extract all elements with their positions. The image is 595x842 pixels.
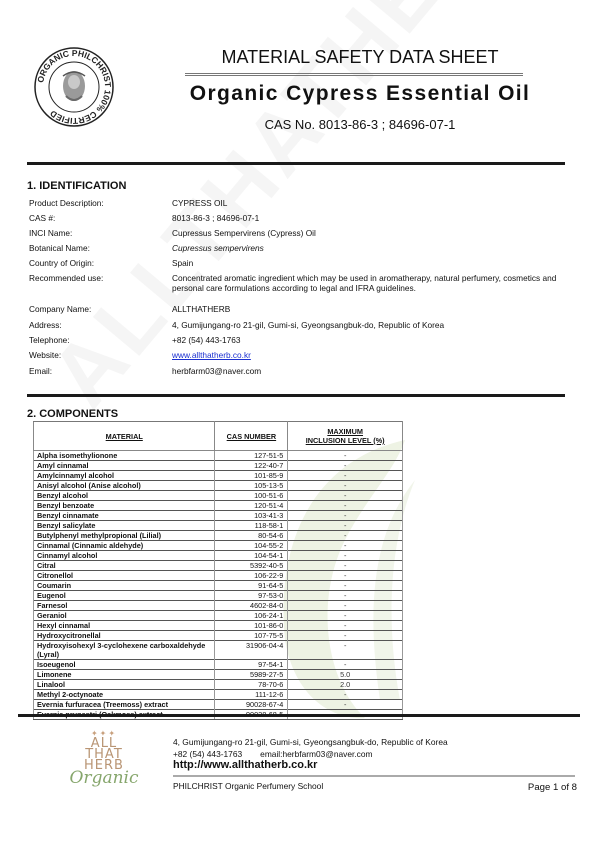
table-row: Amyl cinnamal122-40-7- <box>34 461 403 471</box>
table-row: Cinnamyl alcohol104-54-1- <box>34 551 403 561</box>
table-row: Hexyl cinnamal101-86-0- <box>34 621 403 631</box>
cell-material: Limonene <box>34 670 215 680</box>
cell-level: - <box>288 471 403 481</box>
cell-level: - <box>288 451 403 461</box>
components-table: MATERIAL CAS NUMBER MAXIMUM INCLUSION LE… <box>33 421 403 720</box>
cell-level: - <box>288 571 403 581</box>
cell-level: - <box>288 591 403 601</box>
section-divider <box>27 394 565 397</box>
cell-level: - <box>288 541 403 551</box>
field-value: 8013-86-3 ; 84696-07-1 <box>172 213 572 223</box>
footer-rule <box>173 775 575 777</box>
cell-material: Benzyl cinnamate <box>34 511 215 521</box>
certified-seal-icon: ORGANIC PHILCHRIST 100% CERTIFIED <box>33 46 115 128</box>
cell-level: - <box>288 690 403 700</box>
cell-level: - <box>288 631 403 641</box>
field-label: INCI Name: <box>29 228 169 238</box>
cell-cas: 100-51-6 <box>215 491 288 501</box>
table-row: Linalool78-70-62.0 <box>34 680 403 690</box>
cell-cas: 106-22-9 <box>215 571 288 581</box>
cell-level: - <box>288 461 403 471</box>
cell-cas: 4602-84-0 <box>215 601 288 611</box>
cell-cas: 107-75-5 <box>215 631 288 641</box>
cell-level: - <box>288 521 403 531</box>
field-label: CAS #: <box>29 213 169 223</box>
field-value: ALLTHATHERB <box>172 304 572 314</box>
header-max-inclusion: MAXIMUM INCLUSION LEVEL (%) <box>288 422 403 451</box>
cell-material: Alpha isomethylionone <box>34 451 215 461</box>
field-label: Address: <box>29 320 169 330</box>
table-row: Hydroxyisohexyl 3-cyclohexene carboxalde… <box>34 641 403 660</box>
cell-cas: 78-70-6 <box>215 680 288 690</box>
cell-cas: 120-51-4 <box>215 501 288 511</box>
field-value: CYPRESS OIL <box>172 198 572 208</box>
cell-level: - <box>288 561 403 571</box>
table-row: Evernia furfuracea (Treemoss) extract900… <box>34 700 403 710</box>
cell-material: Eugenol <box>34 591 215 601</box>
cell-cas: 106-24-1 <box>215 611 288 621</box>
cell-material: Amylcinnamyl alcohol <box>34 471 215 481</box>
header-divider <box>27 162 565 165</box>
cell-level: - <box>288 700 403 710</box>
cell-cas: 104-54-1 <box>215 551 288 561</box>
footer-address: 4, Gumijungang-ro 21-gil, Gumi-si, Gyeon… <box>173 737 448 747</box>
table-row: Isoeugenol97-54-1- <box>34 660 403 670</box>
table-row: Coumarin91-64-5- <box>34 581 403 591</box>
cell-level: - <box>288 531 403 541</box>
footer-phone: +82 (54) 443-1763 <box>173 749 242 759</box>
field-label: Website: <box>29 350 169 360</box>
cas-number-line: CAS No. 8013-86-3 ; 84696-07-1 <box>180 117 540 132</box>
table-row: Benzyl salicylate118-58-1- <box>34 521 403 531</box>
cell-cas: 80-54-6 <box>215 531 288 541</box>
cell-cas: 97-54-1 <box>215 660 288 670</box>
field-label: Product Description: <box>29 198 169 208</box>
table-row: Geraniol106-24-1- <box>34 611 403 621</box>
cell-material: Coumarin <box>34 581 215 591</box>
table-row: Benzyl benzoate120-51-4- <box>34 501 403 511</box>
table-row: Butylphenyl methylpropional (Lilial)80-5… <box>34 531 403 541</box>
cell-level: - <box>288 501 403 511</box>
cell-level: - <box>288 481 403 491</box>
cell-level: - <box>288 511 403 521</box>
cell-material: Cinnamyl alcohol <box>34 551 215 561</box>
cell-cas: 127-51-5 <box>215 451 288 461</box>
footer-email: email:herbfarm03@naver.com <box>260 749 372 759</box>
cell-material: Hydroxycitronellal <box>34 631 215 641</box>
table-row: Cinnamal (Cinnamic aldehyde)104-55-2- <box>34 541 403 551</box>
cell-level: - <box>288 660 403 670</box>
cell-material: Benzyl benzoate <box>34 501 215 511</box>
product-title: Organic Cypress Essential Oil <box>165 82 555 106</box>
field-value: herbfarm03@naver.com <box>172 366 572 376</box>
table-row: Methyl 2-octynoate111-12-6- <box>34 690 403 700</box>
field-value: Cupressus sempervirens <box>172 243 572 253</box>
cell-cas: 122-40-7 <box>215 461 288 471</box>
cell-cas: 104-55-2 <box>215 541 288 551</box>
cell-material: Butylphenyl methylpropional (Lilial) <box>34 531 215 541</box>
cell-material: Methyl 2-octynoate <box>34 690 215 700</box>
table-row: Benzyl cinnamate103-41-3- <box>34 511 403 521</box>
field-value: +82 (54) 443-1763 <box>172 335 572 345</box>
table-row: Benzyl alcohol100-51-6- <box>34 491 403 501</box>
cell-level: - <box>288 611 403 621</box>
footer-divider <box>18 714 580 717</box>
section-components-title: 2. COMPONENTS <box>27 408 118 420</box>
cell-cas: 91-64-5 <box>215 581 288 591</box>
table-row: Citral5392-40-5- <box>34 561 403 571</box>
footer-url[interactable]: http://www.allthatherb.co.kr <box>173 759 317 771</box>
cell-level: 2.0 <box>288 680 403 690</box>
cell-cas: 105-13-5 <box>215 481 288 491</box>
website-link[interactable]: www.allthatherb.co.kr <box>172 350 251 360</box>
cell-material: Farnesol <box>34 601 215 611</box>
table-row: Limonene5989-27-55.0 <box>34 670 403 680</box>
cell-cas: 118-58-1 <box>215 521 288 531</box>
table-row: Alpha isomethylionone127-51-5- <box>34 451 403 461</box>
cell-material: Citral <box>34 561 215 571</box>
table-row: Farnesol4602-84-0- <box>34 601 403 611</box>
cell-cas: 5392-40-5 <box>215 561 288 571</box>
footer-school-name: PHILCHRIST Organic Perfumery School <box>173 781 323 791</box>
field-value: Concentrated aromatic ingredient which m… <box>172 273 587 293</box>
cell-material: Cinnamal (Cinnamic aldehyde) <box>34 541 215 551</box>
field-value: Cupressus Sempervirens (Cypress) Oil <box>172 228 572 238</box>
cell-level: - <box>288 641 403 660</box>
cell-cas: 103-41-3 <box>215 511 288 521</box>
field-label: Botanical Name: <box>29 243 169 253</box>
table-row: Citronellol106-22-9- <box>34 571 403 581</box>
cell-level: 5.0 <box>288 670 403 680</box>
field-label: Email: <box>29 366 169 376</box>
cell-material: Benzyl alcohol <box>34 491 215 501</box>
cell-cas: 31906-04-4 <box>215 641 288 660</box>
cell-level: - <box>288 621 403 631</box>
table-row: Eugenol97-53-0- <box>34 591 403 601</box>
title-divider <box>185 73 523 76</box>
footer-contact: +82 (54) 443-1763email:herbfarm03@naver.… <box>173 749 372 759</box>
table-row: Amylcinnamyl alcohol101-85-9- <box>34 471 403 481</box>
cell-material: Hexyl cinnamal <box>34 621 215 631</box>
cell-material: Linalool <box>34 680 215 690</box>
cell-material: Geraniol <box>34 611 215 621</box>
cell-material: Evernia furfuracea (Treemoss) extract <box>34 700 215 710</box>
field-label: Company Name: <box>29 304 169 314</box>
cell-cas: 101-86-0 <box>215 621 288 631</box>
field-value: 4, Gumijungang-ro 21-gil, Gumi-si, Gyeon… <box>172 320 572 330</box>
table-row: Hydroxycitronellal107-75-5- <box>34 631 403 641</box>
cell-material: Benzyl salicylate <box>34 521 215 531</box>
field-label: Recommended use: <box>29 273 169 283</box>
header-material: MATERIAL <box>34 422 215 451</box>
table-header-row: MATERIAL CAS NUMBER MAXIMUM INCLUSION LE… <box>34 422 403 451</box>
cell-level: - <box>288 551 403 561</box>
cell-cas: 97-53-0 <box>215 591 288 601</box>
cell-cas: 101-85-9 <box>215 471 288 481</box>
field-label: Telephone: <box>29 335 169 345</box>
cell-level: - <box>288 581 403 591</box>
field-label: Country of Origin: <box>29 258 169 268</box>
cell-level: - <box>288 491 403 501</box>
cell-material: Anisyl alcohol (Anise alcohol) <box>34 481 215 491</box>
cell-cas: 90028-67-4 <box>215 700 288 710</box>
page-number: Page 1 of 8 <box>528 782 577 793</box>
cell-level: - <box>288 601 403 611</box>
cell-material: Isoeugenol <box>34 660 215 670</box>
cell-material: Hydroxyisohexyl 3-cyclohexene carboxalde… <box>34 641 215 660</box>
allthatherb-logo: ✦✦✦ ALL THAT HERB Organic <box>60 730 148 802</box>
field-value: Spain <box>172 258 572 268</box>
cell-cas: 5989-27-5 <box>215 670 288 680</box>
cell-material: Amyl cinnamal <box>34 461 215 471</box>
document-type-heading: MATERIAL SAFETY DATA SHEET <box>180 47 540 68</box>
table-row: Anisyl alcohol (Anise alcohol)105-13-5- <box>34 481 403 491</box>
header-cas-number: CAS NUMBER <box>215 422 288 451</box>
cell-material: Citronellol <box>34 571 215 581</box>
cell-cas: 111-12-6 <box>215 690 288 700</box>
section-identification-title: 1. IDENTIFICATION <box>27 180 126 192</box>
